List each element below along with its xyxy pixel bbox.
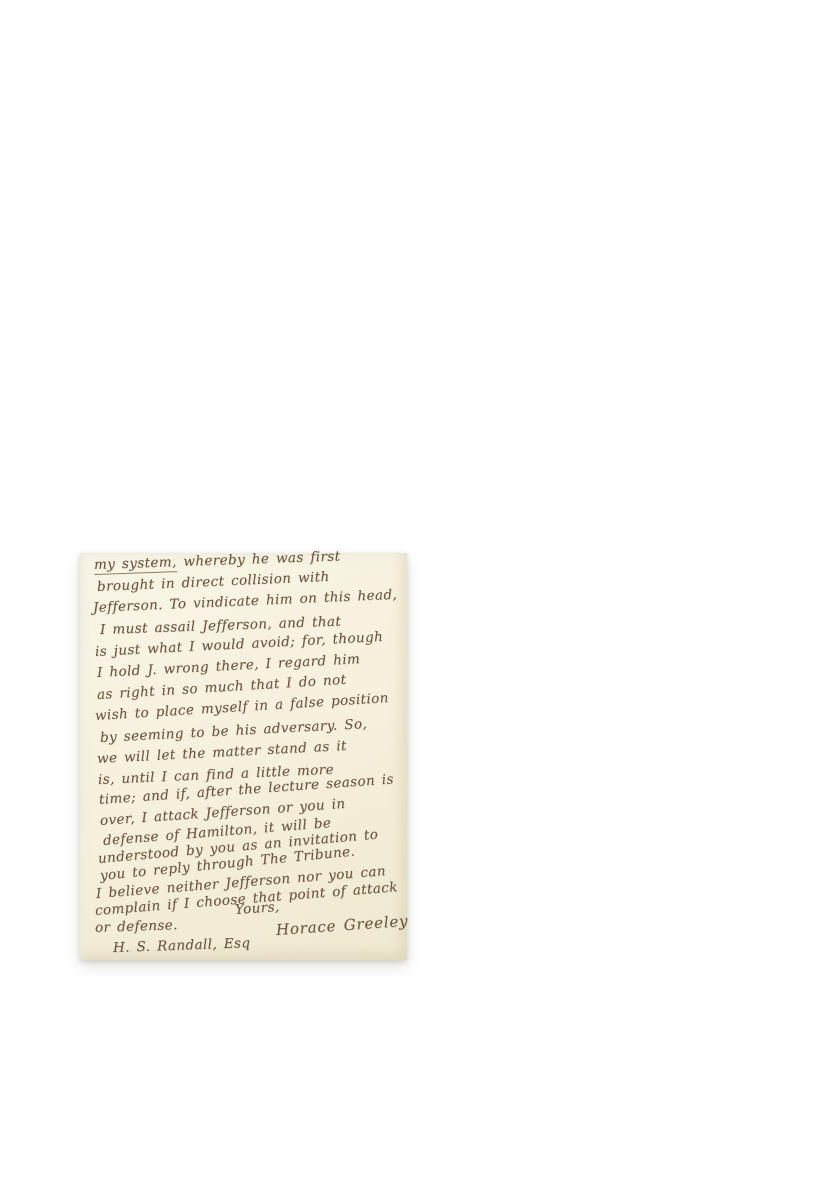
signature: Horace Greeley [275,912,408,939]
letter-line: or defense. [95,917,178,936]
scan-background: my system, whereby he was first brought … [0,0,819,1197]
letter-paper: my system, whereby he was first brought … [80,553,407,960]
letter-line-text: whereby he was first [183,548,341,569]
letter-closing: Yours, [234,899,280,918]
underlined-phrase: my system, [94,554,177,575]
addressee-line: H. S. Randall, Esq [113,935,251,956]
